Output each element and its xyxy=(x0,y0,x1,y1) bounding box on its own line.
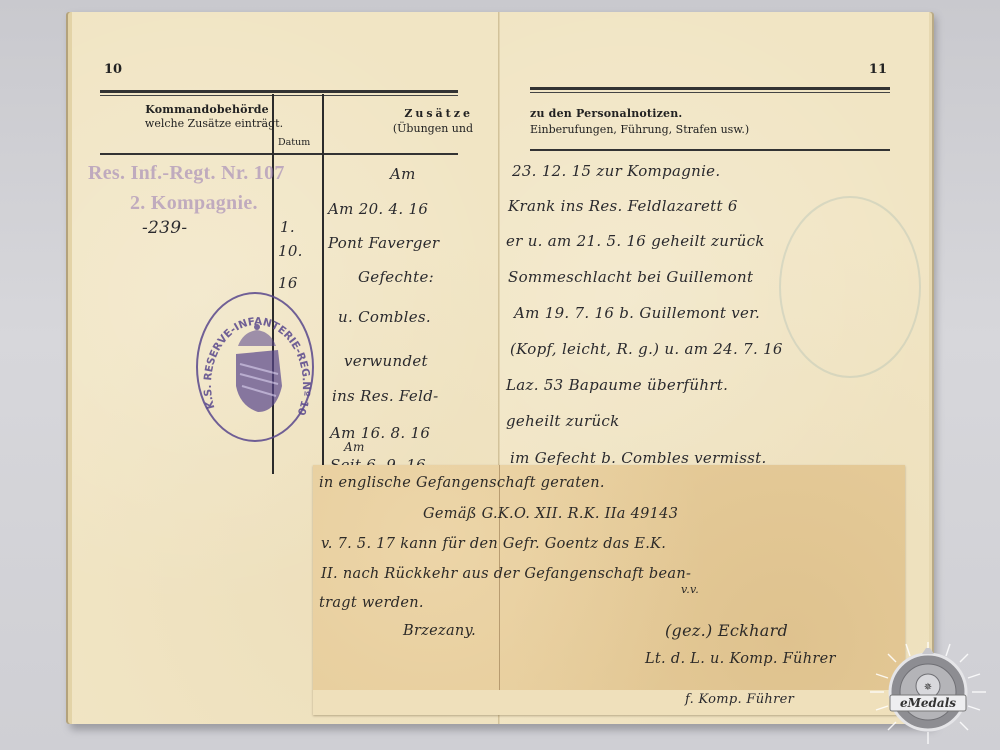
entry-line: Pont Faverger xyxy=(328,234,439,252)
pasted-note-slip: in englische Gefangenschaft geraten. Gem… xyxy=(313,465,905,715)
entry-line: ins Res. Feld- xyxy=(332,387,438,405)
slip-line: II. nach Rückkehr aus der Gefangenschaft… xyxy=(321,566,691,582)
entry-line: er u. am 21. 5. 16 geheilt zurück xyxy=(506,232,765,250)
entry-line: Am 20. 4. 16 xyxy=(328,200,428,218)
date-year: 16 xyxy=(278,274,298,292)
slip-footer-partial: f. Komp. Führer xyxy=(685,692,794,707)
header-zusaetze: Zusätze xyxy=(404,106,473,121)
entry-line: geheilt zurück xyxy=(506,412,620,430)
slip-line: tragt werden. xyxy=(319,595,424,611)
header-welche-zusaetze: welche Zusätze einträgt. xyxy=(124,116,304,131)
unit-stamp-line1: Res. Inf.-Regt. Nr. 107 xyxy=(88,162,285,185)
entry-line: (Kopf, leicht, R. g.) u. am 24. 7. 16 xyxy=(510,340,783,358)
emedals-watermark-badge: ✵ eMedals xyxy=(868,640,988,745)
header-kommandobehoerde: Kommandobehörde xyxy=(142,102,272,117)
slip-crease xyxy=(499,465,500,715)
entry-line: Laz. 53 Bapaume überführt. xyxy=(506,376,728,394)
regiment-round-stamp: K.S. RESERVE-INFANTERIE-REG.Nº 107 xyxy=(196,292,314,442)
header-personalnotizen: zu den Personalnotizen. xyxy=(530,106,682,121)
header-top-rule xyxy=(530,87,890,93)
entry-line: Sommeschlacht bei Guillemont xyxy=(508,268,753,286)
date-month: 10. xyxy=(278,242,303,260)
slip-line: in englische Gefangenschaft geraten. xyxy=(319,475,605,491)
slip-rank: Lt. d. L. u. Komp. Führer xyxy=(645,651,836,667)
emedals-logo-text: eMedals xyxy=(900,696,956,710)
coat-of-arms-shield-icon xyxy=(236,350,282,412)
slip-line: Gemäß G.K.O. XII. R.K. IIa 49143 xyxy=(423,506,678,522)
entry-line: Gefechte: xyxy=(358,268,434,286)
unit-stamp-line2: 2. Kompagnie. xyxy=(130,192,258,215)
header-uebungen: (Übungen und xyxy=(393,121,473,136)
page-number-right: 11 xyxy=(869,62,887,77)
faded-stamp-impression xyxy=(765,172,935,402)
page-number-left: 10 xyxy=(104,62,122,77)
entry-line: verwundet xyxy=(344,352,428,370)
entry-line: Krank ins Res. Feldlazarett 6 xyxy=(508,197,738,215)
slip-line: v. 7. 5. 17 kann für den Gefr. Goentz da… xyxy=(321,536,666,552)
entry-line: 23. 12. 15 zur Kompagnie. xyxy=(512,162,720,180)
entry-line: Am xyxy=(390,165,416,183)
column-divider-zusaetze xyxy=(322,94,324,474)
handwritten-number: -239- xyxy=(142,218,187,238)
slip-underlay-strip: f. Komp. Führer xyxy=(313,690,905,715)
header-einberufungen: Einberufungen, Führung, Strafen usw.) xyxy=(530,122,749,137)
header-bottom-rule xyxy=(100,153,458,155)
slip-place: Brzezany. xyxy=(403,623,476,639)
slip-signature: (gez.) Eckhard xyxy=(665,621,788,640)
date-day: 1. xyxy=(280,218,295,236)
header-datum: Datum xyxy=(278,135,310,150)
entry-line-correction: Am xyxy=(344,440,365,454)
entry-line: Am 19. 7. 16 b. Guillemont ver. xyxy=(514,304,760,322)
entry-line: u. Combles. xyxy=(338,308,431,326)
header-bottom-rule xyxy=(530,149,890,151)
header-top-rule xyxy=(100,90,458,96)
svg-text:✵: ✵ xyxy=(924,682,932,693)
slip-vv: v.v. xyxy=(681,583,699,596)
